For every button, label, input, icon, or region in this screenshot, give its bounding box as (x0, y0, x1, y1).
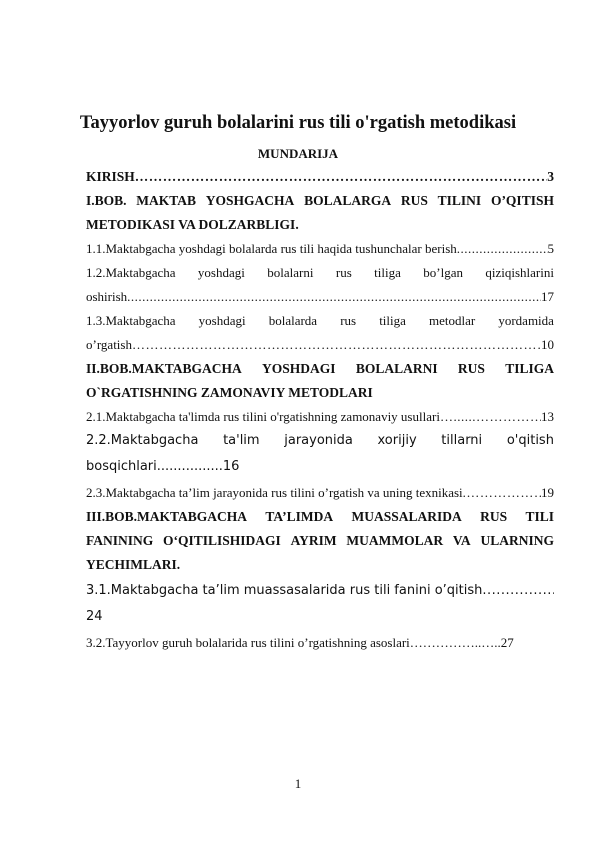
toc-word: MAKTAB (136, 192, 196, 210)
toc-word: I.BOB. (86, 192, 127, 210)
dot-leader: …………………………………………………………………………………………………………… (132, 336, 541, 354)
toc-word: TA’LIMDA (265, 508, 333, 526)
toc-word: RUS (458, 360, 485, 378)
dot-leader: …………………………………………………………………………………………………………… (135, 168, 547, 186)
toc-word: rus (340, 312, 356, 330)
toc-word: qiziqishlarini (485, 264, 554, 282)
toc-chapter-3-line3[interactable]: YECHIMLARI. (86, 556, 554, 574)
toc-word: FANINING (86, 532, 153, 550)
toc-section-1-3-line1[interactable]: 1.3.Maktabgachayoshdagibolalardarustilig… (86, 312, 554, 330)
toc-word: BOLALARNI (356, 360, 438, 378)
toc-word: yoshdagi (198, 264, 245, 282)
toc-word: MUASSALARIDA (351, 508, 461, 526)
toc-word: tillarni (441, 432, 482, 450)
dot-leader: ........................................… (457, 240, 548, 258)
toc-chapter-1-line1[interactable]: I.BOB.MAKTABYOSHGACHABOLALARGARUSTILINIO… (86, 192, 554, 210)
contents-heading: MUNDARIJA (0, 146, 596, 162)
toc-entry-kirish[interactable]: KIRISH ………………………………………………………………………………………… (86, 168, 554, 186)
toc-chapter-2-line2[interactable]: O`RGATISHNING ZAMONAVIY METODLARI (86, 384, 554, 402)
toc-section-3-2[interactable]: 3.2.Tayyorlov guruh bolalarida rus tilin… (86, 634, 554, 652)
toc-word: xorijiy (378, 432, 417, 450)
toc-word: YOSHDAGI (262, 360, 336, 378)
toc-section-2-2-line1[interactable]: 2.2.Maktabgachata'limjarayonidaxorijiyti… (86, 432, 554, 450)
toc-word: BOLALARGA (304, 192, 391, 210)
dot-leader: .……………………… (463, 484, 541, 502)
document-page: Tayyorlov guruh bolalarini rus tili o'rg… (0, 0, 596, 842)
toc-word: TILINI (438, 192, 482, 210)
toc-word: tiliga (379, 312, 406, 330)
toc-word: rus (336, 264, 352, 282)
toc-word: yordamida (498, 312, 554, 330)
toc-word: 1.3.Maktabgacha (86, 312, 176, 330)
page-number: 1 (0, 776, 596, 792)
toc-section-3-1-page: 24 (86, 608, 554, 626)
toc-word: bolalarda (269, 312, 317, 330)
toc-chapter-2-line1[interactable]: II.BOB.MAKTABGACHAYOSHDAGIBOLALARNIRUSTI… (86, 360, 554, 378)
toc-section-1-3-line2[interactable]: o’rgatish ………………………………………………………………………………… (86, 336, 554, 354)
dot-leader: ........................................… (127, 288, 541, 306)
toc-word: TILI (525, 508, 554, 526)
toc-word: tiliga (374, 264, 401, 282)
dot-leader: ................ (157, 459, 223, 474)
toc-section-1-2-line2[interactable]: oshirish ...............................… (86, 288, 554, 306)
dot-leader: ……………..….. (410, 635, 501, 650)
toc-word: MUAMMOLAR (346, 532, 443, 550)
toc-chapter-3-line2[interactable]: FANININGO‘QITILISHIDAGIAYRIMMUAMMOLARVAU… (86, 532, 554, 550)
toc-word: yoshdagi (199, 312, 246, 330)
toc-chapter-3-line1[interactable]: III.BOB.MAKTABGACHATA’LIMDAMUASSALARIDAR… (86, 508, 554, 526)
dot-leader: ........................................… (482, 582, 554, 600)
toc-word: ta'lim (223, 432, 260, 450)
toc-word: AYRIM (291, 532, 337, 550)
toc-word: RUS (401, 192, 428, 210)
toc-word: O’QITISH (491, 192, 554, 210)
toc-word: 2.2.Maktabgacha (86, 432, 198, 450)
toc-chapter-1-line2[interactable]: METODIKASI VA DOLZARBLIGI. (86, 216, 554, 234)
toc-word: O‘QITILISHIDAGI (163, 532, 281, 550)
toc-word: o'qitish (507, 432, 554, 450)
toc-word: ULARNING (480, 532, 554, 550)
toc-section-1-1[interactable]: 1.1.Maktabgacha yoshdagi bolalarda rus t… (86, 240, 554, 258)
dot-leader: …......……………………… (440, 408, 541, 426)
document-title: Tayyorlov guruh bolalarini rus tili o'rg… (0, 113, 596, 134)
toc-section-2-2-line2[interactable]: bosqichlari................16 (86, 458, 554, 476)
toc-word: II.BOB.MAKTABGACHA (86, 360, 242, 378)
toc-section-2-1[interactable]: 2.1.Maktabgacha ta'limda rus tilini o'rg… (86, 408, 554, 426)
toc-section-3-1[interactable]: 3.1.Maktabgacha ta’lim muassasalarida ru… (86, 582, 554, 600)
toc-section-1-2-line1[interactable]: 1.2.Maktabgachayoshdagibolalarnirustilig… (86, 264, 554, 282)
toc-word: VA (453, 532, 471, 550)
toc-section-2-3[interactable]: 2.3.Maktabgacha ta’lim jarayonida rus ti… (86, 484, 554, 502)
toc-word: RUS (480, 508, 507, 526)
toc-word: jarayonida (284, 432, 353, 450)
toc-word: 1.2.Maktabgacha (86, 264, 176, 282)
toc-word: TILIGA (505, 360, 554, 378)
toc-word: III.BOB.MAKTABGACHA (86, 508, 247, 526)
toc-word: bolalarni (267, 264, 313, 282)
toc-word: bo’lgan (423, 264, 463, 282)
toc-word: metodlar (429, 312, 475, 330)
toc-word: YOSHGACHA (206, 192, 295, 210)
